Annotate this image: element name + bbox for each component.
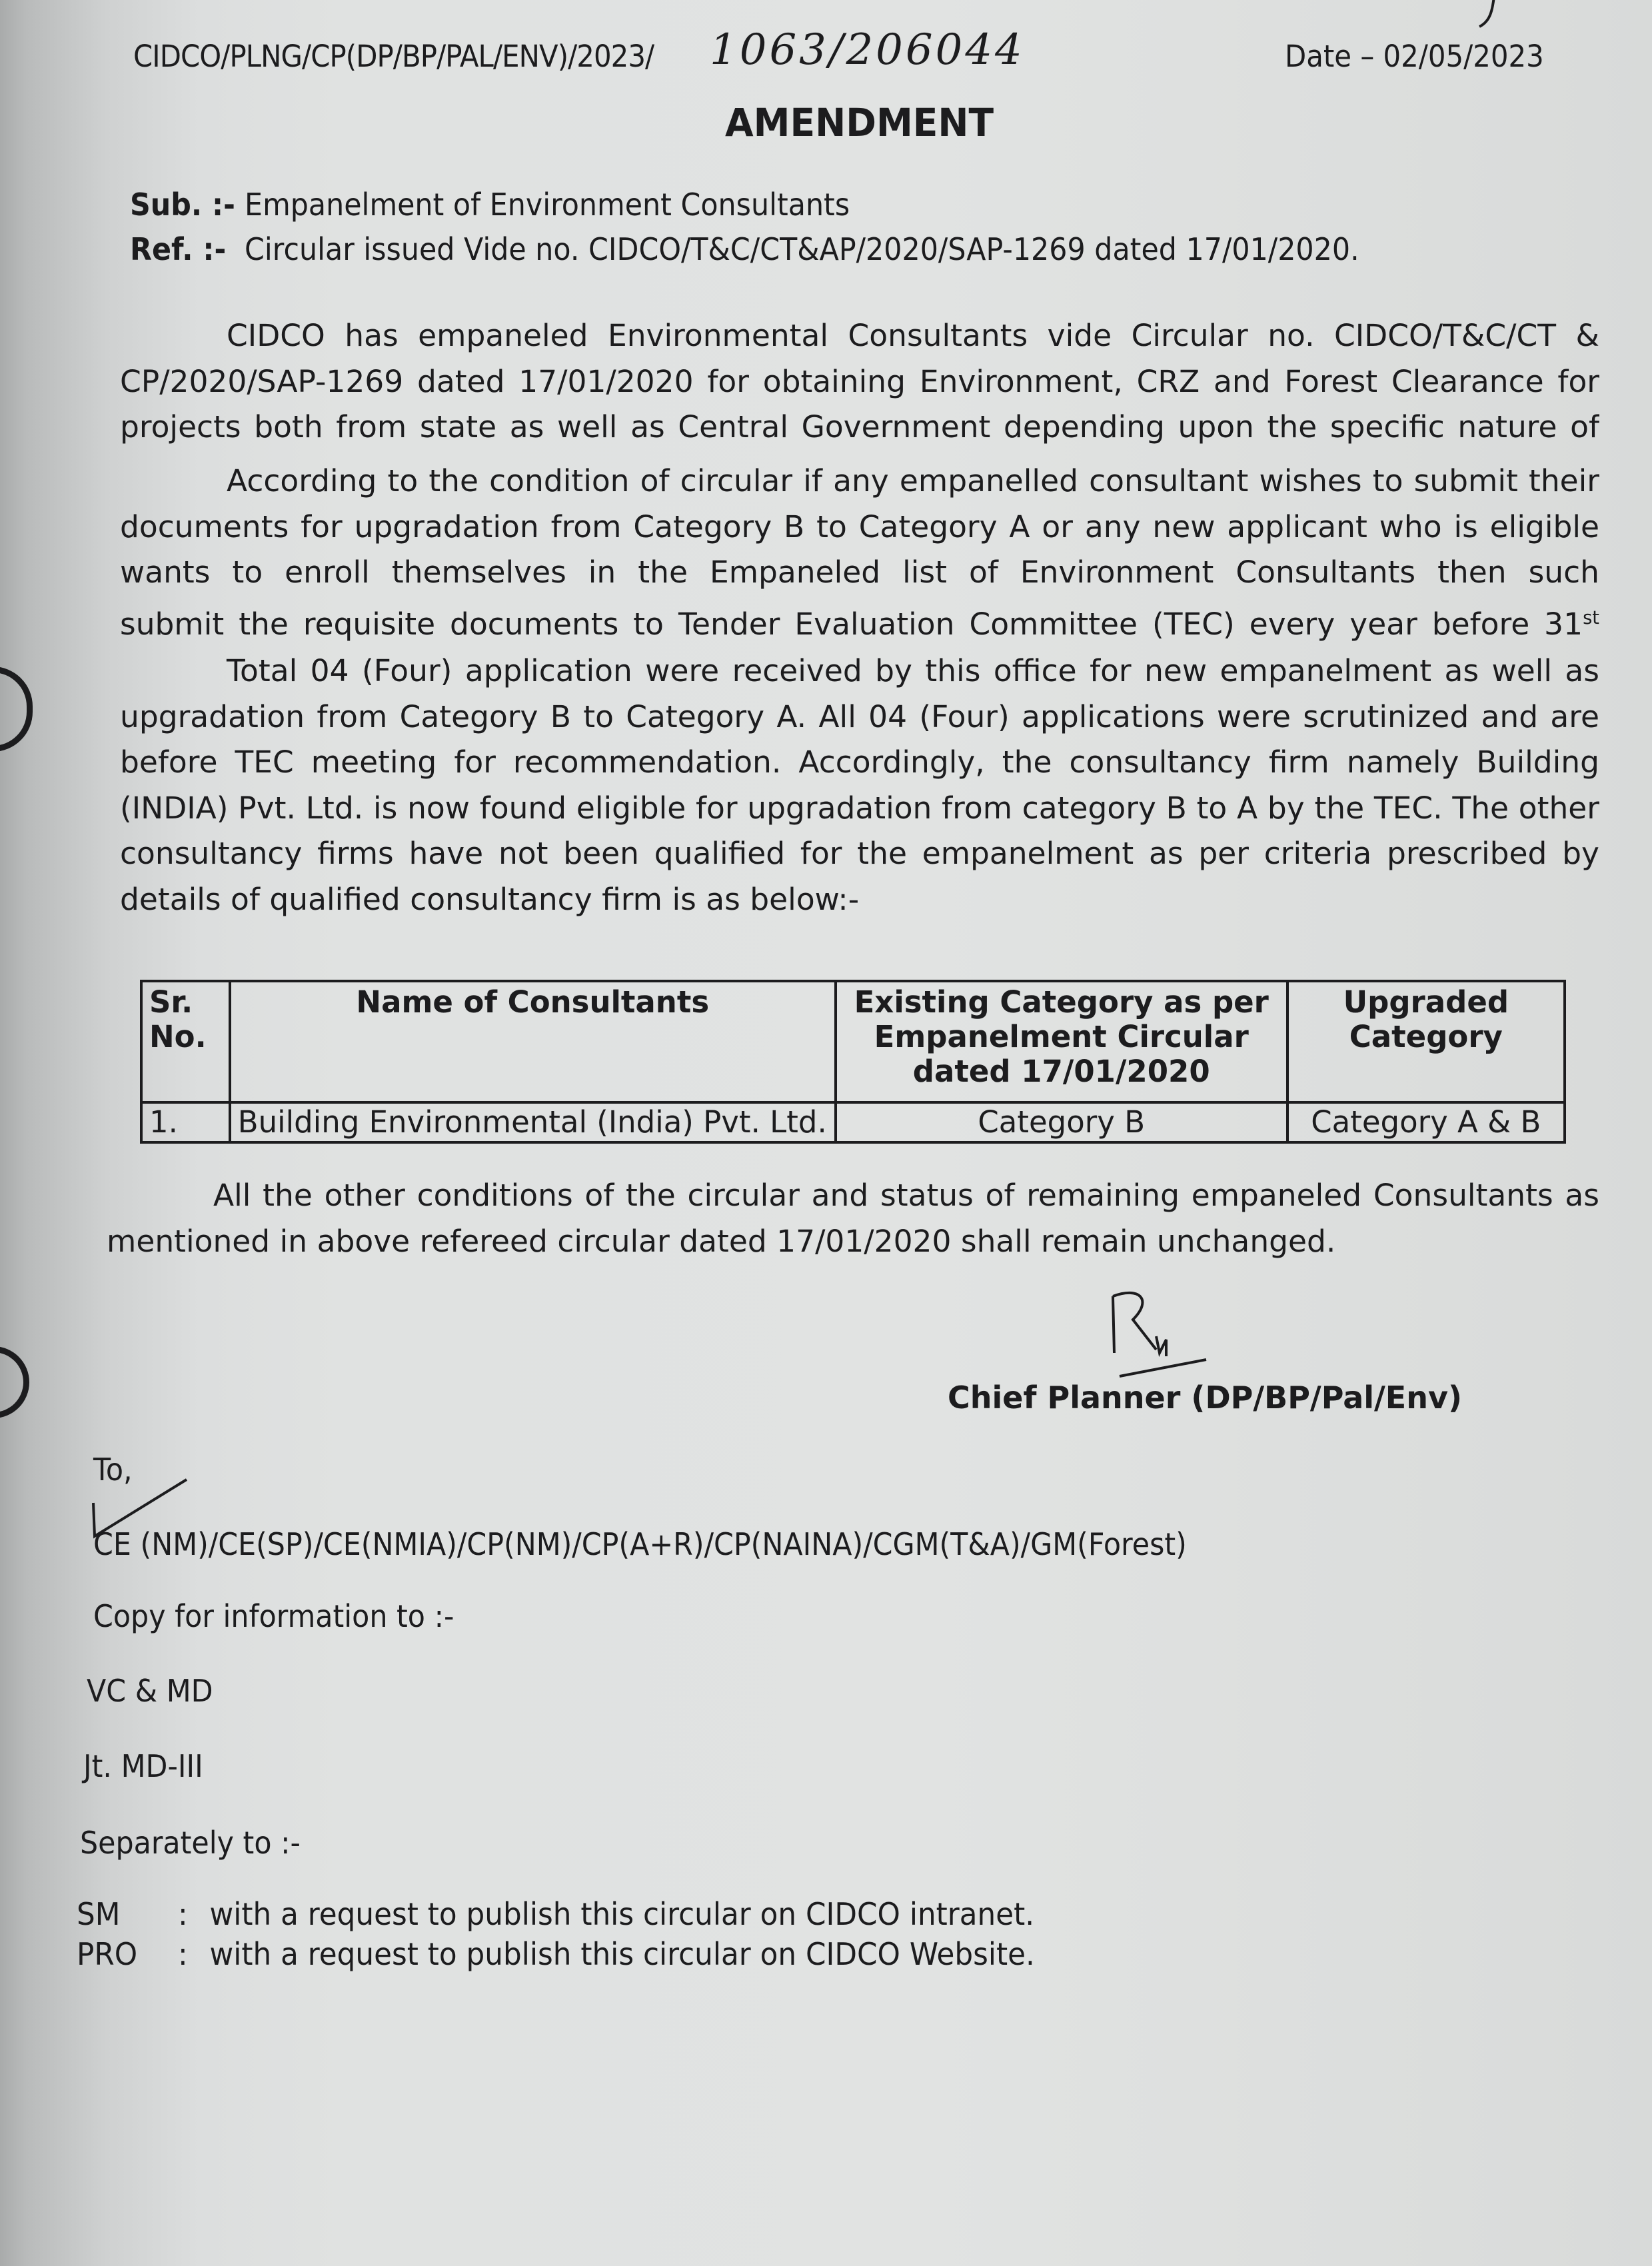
paragraph-line: details of qualified consultancy firm is…: [120, 877, 1599, 923]
separately-code: SM: [77, 1896, 178, 1932]
paragraph-line: mentioned in above refereed circular dat…: [107, 1219, 1599, 1265]
separately-text: with a request to publish this circular …: [210, 1936, 1035, 1972]
reference-text: Circular issued Vide no. CIDCO/T&C/CT&AP…: [245, 231, 1359, 267]
separately-label: Separately to :-: [80, 1825, 301, 1861]
table-header-row: Sr. No. Name of Consultants Existing Cat…: [141, 981, 1565, 1102]
paragraph-line: According to the condition of circular i…: [120, 459, 1599, 505]
cell-name: Building Environmental (India) Pvt. Ltd.: [230, 1102, 836, 1142]
separately-item-pro: PRO:with a request to publish this circu…: [77, 1936, 1035, 1972]
to-recipients: CE (NM)/CE(SP)/CE(NMIA)/CP(NM)/CP(A+R)/C…: [93, 1526, 1187, 1562]
paragraph-line: before TEC meeting for recommendation. A…: [120, 740, 1599, 786]
colon: :: [178, 1936, 210, 1972]
copy-label: Copy for information to :-: [93, 1598, 454, 1634]
document-title: AMENDMENT: [725, 100, 994, 145]
separately-item-sm: SM:with a request to publish this circul…: [77, 1896, 1034, 1932]
reference-label: Ref. :-: [130, 231, 245, 267]
col-header-existing-category: Existing Category as per Empanelment Cir…: [836, 981, 1287, 1102]
cell-sr-no: 1.: [141, 1102, 230, 1142]
handwritten-page-mark-icon: [1446, 0, 1652, 53]
colon: :: [178, 1896, 210, 1932]
paragraph-line: documents for upgradation from Category …: [120, 505, 1599, 551]
paragraph-line: All the other conditions of the circular…: [107, 1173, 1599, 1219]
reference-line: Ref. :-Circular issued Vide no. CIDCO/T&…: [130, 231, 1359, 267]
cell-upgraded-category: Category A & B: [1287, 1102, 1565, 1142]
paragraph-line: upgradation from Category B to Category …: [120, 694, 1599, 740]
paragraph-line: projects both from state as well as Cent…: [120, 405, 1599, 451]
handwritten-reference-number: 1063/206044: [710, 25, 1025, 75]
subject-text: Empanelment of Environment Consultants: [245, 187, 850, 223]
subject-line: Sub. :-Empanelment of Environment Consul…: [130, 187, 850, 223]
paragraph-line: Total 04 (Four) application were receive…: [120, 648, 1599, 694]
separately-text: with a request to publish this circular …: [210, 1896, 1035, 1932]
signature-icon: [1100, 1286, 1220, 1393]
paragraph-line: submit the requisite documents to Tender…: [120, 596, 1599, 642]
paragraph-line: (INDIA) Pvt. Ltd. is now found eligible …: [120, 786, 1599, 832]
reference-number: CIDCO/PLNG/CP(DP/BP/PAL/ENV)/2023/: [133, 39, 654, 74]
paragraph-3: Total 04 (Four) application were receive…: [120, 648, 1599, 922]
table-row: 1. Building Environmental (India) Pvt. L…: [141, 1102, 1565, 1142]
copy-recipient: Jt. MD-III: [83, 1748, 203, 1784]
paragraph-1: CIDCO has empaneled Environmental Consul…: [120, 313, 1599, 451]
paragraph-line: consultancy firms have not been qualifie…: [120, 831, 1599, 877]
separately-code: PRO: [77, 1936, 178, 1972]
copy-recipient: VC & MD: [87, 1673, 213, 1709]
paragraph-line: CP/2020/SAP-1269 dated 17/01/2020 for ob…: [120, 359, 1599, 405]
col-header-sr-no: Sr. No.: [141, 981, 230, 1102]
cell-existing-category: Category B: [836, 1102, 1287, 1142]
paragraph-4: All the other conditions of the circular…: [107, 1173, 1599, 1264]
subject-label: Sub. :-: [130, 187, 245, 223]
signatory-designation: Chief Planner (DP/BP/Pal/Env): [948, 1380, 1462, 1416]
paragraph-line: CIDCO has empaneled Environmental Consul…: [120, 313, 1599, 359]
paragraph-2: According to the condition of circular i…: [120, 459, 1599, 641]
col-header-name: Name of Consultants: [230, 981, 836, 1102]
qualified-consultants-table: Sr. No. Name of Consultants Existing Cat…: [140, 980, 1566, 1144]
col-header-upgraded-category: Upgraded Category: [1287, 981, 1565, 1102]
punch-hole-icon: [0, 666, 33, 752]
punch-hole-icon: [0, 1346, 29, 1418]
paragraph-line: wants to enroll themselves in the Empane…: [120, 550, 1599, 596]
